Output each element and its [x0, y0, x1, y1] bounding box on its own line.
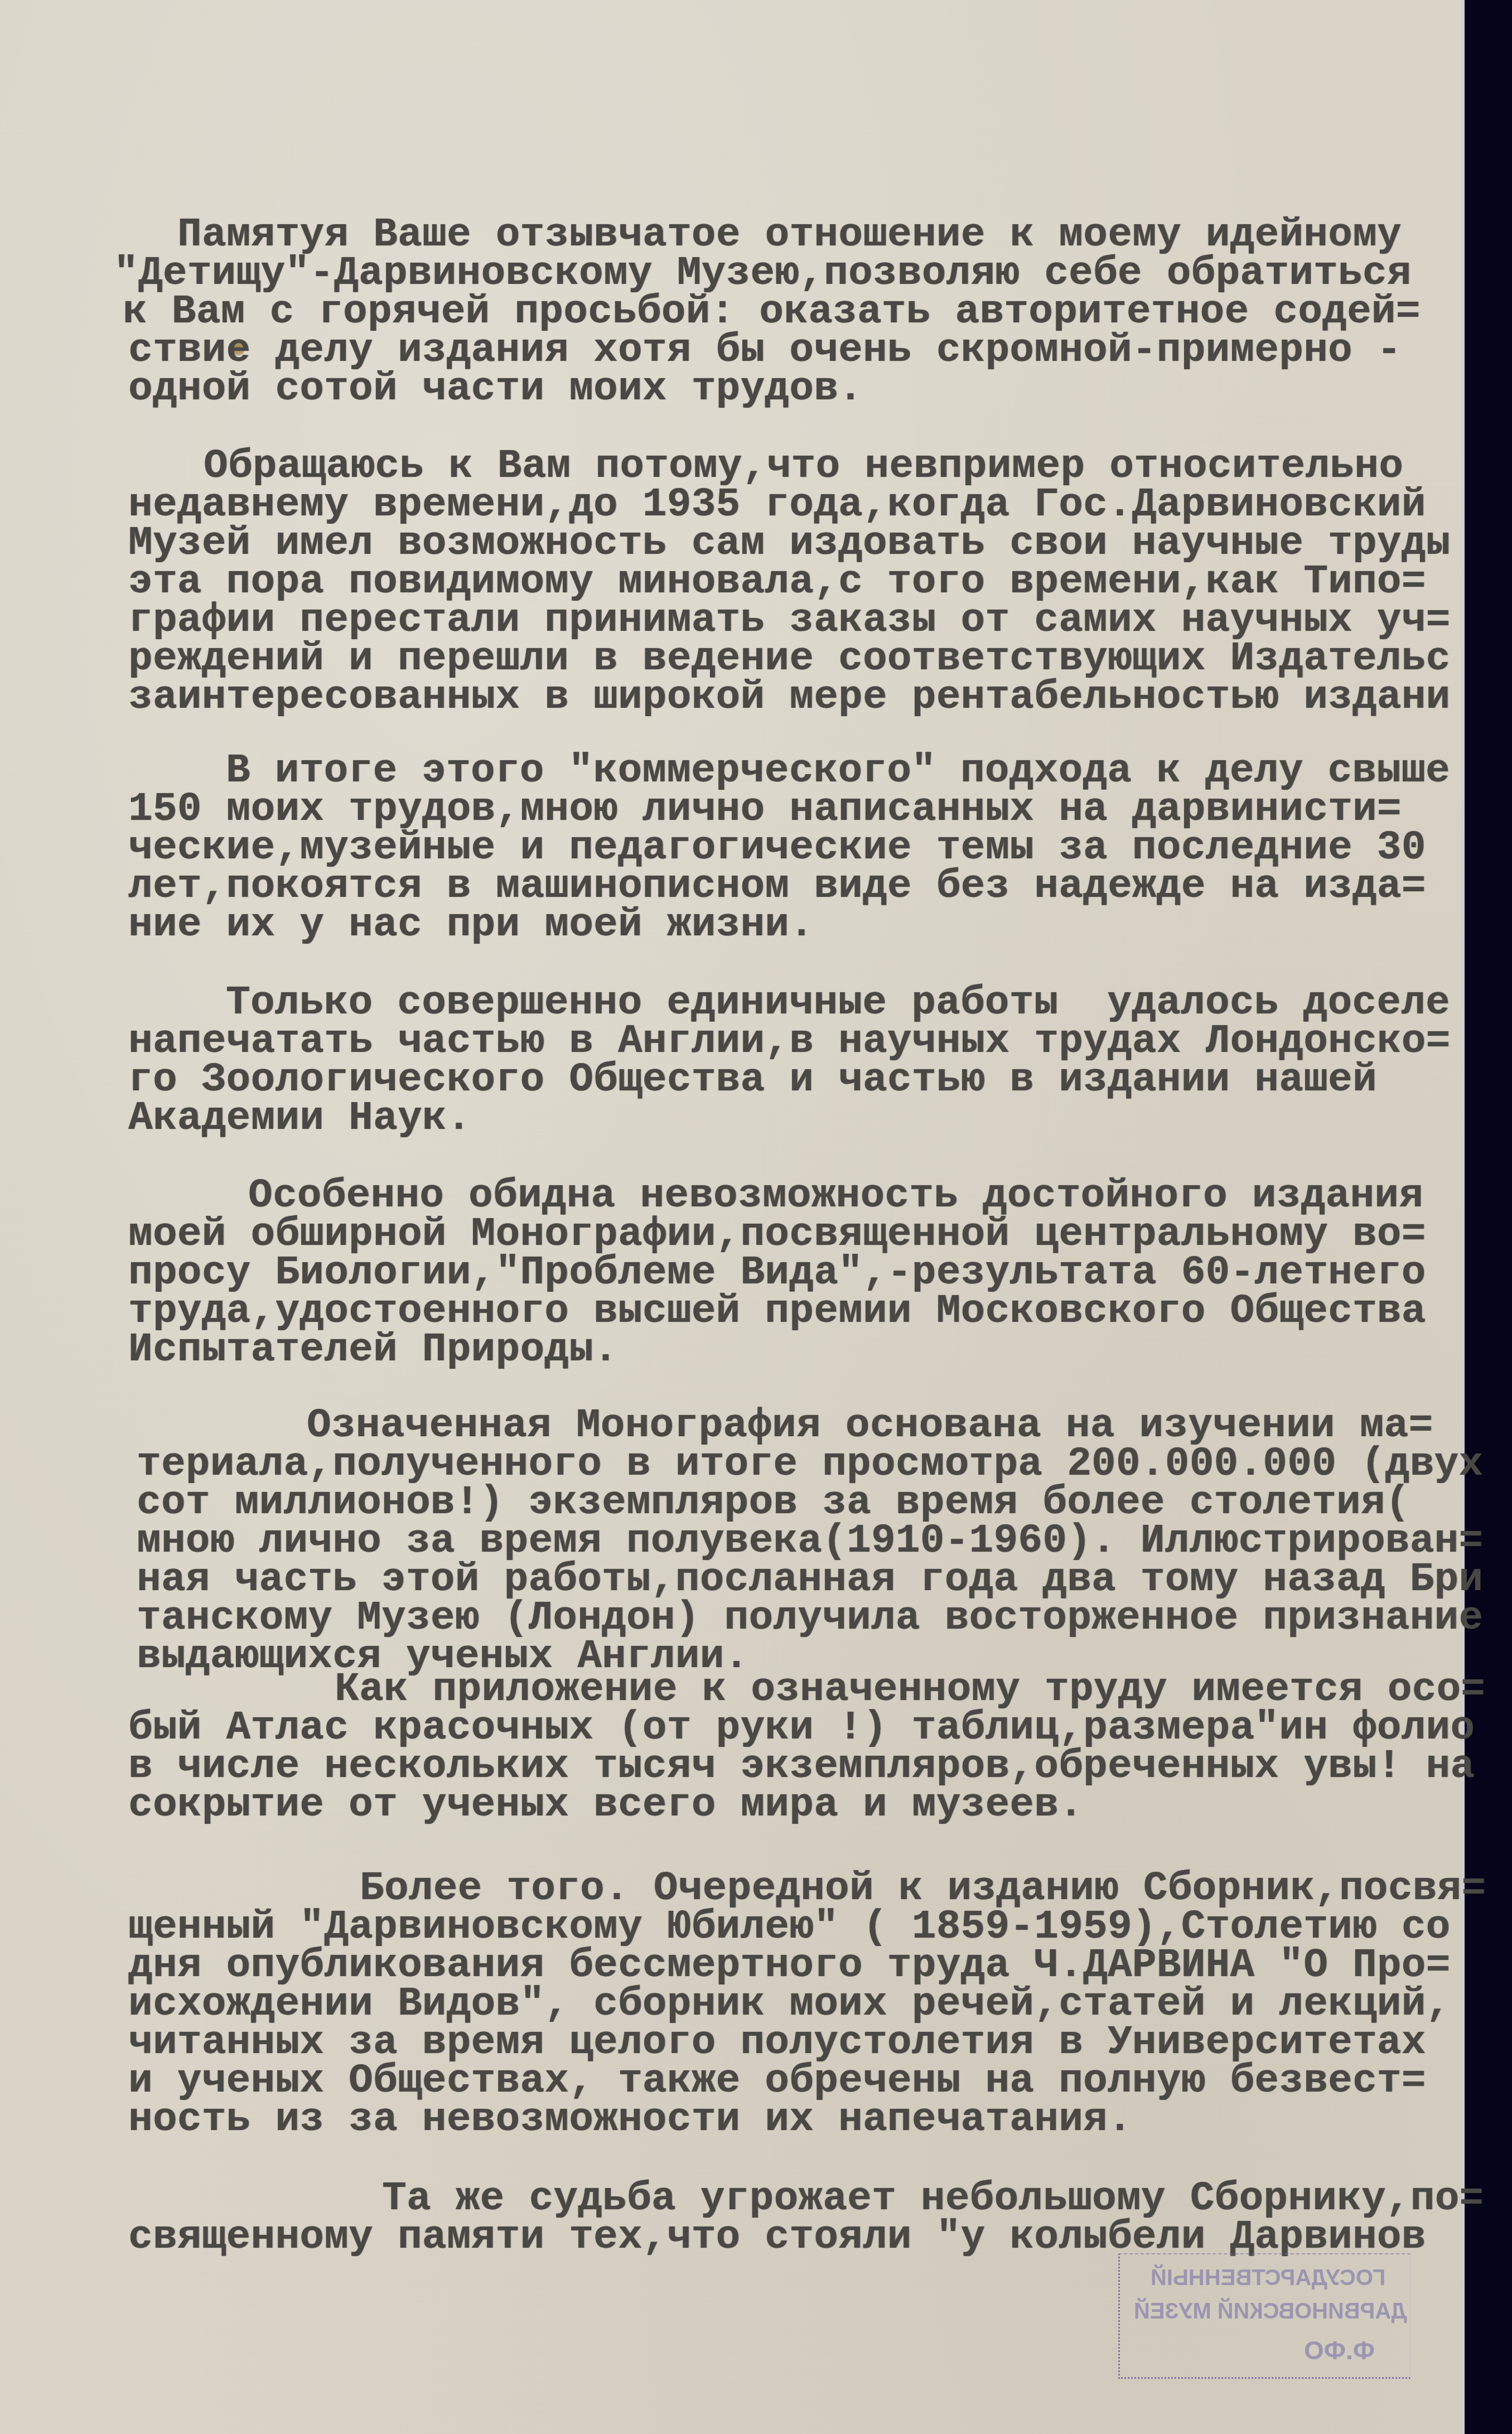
typed-line: ческие,музейные и педагогические темы за…: [128, 828, 1426, 868]
typed-line: го Зоологического Общества и частью в из…: [128, 1060, 1377, 1100]
stamp-text-line: ДАРВИНОВСКИЙ МУЗЕЙ: [1134, 2299, 1407, 2324]
typed-line: моей обширной Монографии,посвященной цен…: [128, 1214, 1426, 1254]
stamp-text-line: ГОСУДАРСТВЕННЫЙ: [1151, 2266, 1385, 2291]
typed-line: в числе нескольких тысяч экземпляров,обр…: [128, 1746, 1475, 1786]
stamp-text-line: Ф.ФО: [1304, 2335, 1375, 2365]
typed-line: просу Биологии,"Проблеме Вида",-результа…: [128, 1253, 1426, 1293]
typed-line: исхождении Видов", сборник моих речей,ст…: [128, 1984, 1451, 2024]
typed-line: Означенная Монография основана на изучен…: [307, 1406, 1433, 1446]
typed-line: одной сотой части моих трудов.: [128, 369, 863, 409]
typed-line: напечатать частью в Англии,в научных тру…: [128, 1021, 1451, 1061]
typed-line: Как приложение к означенному труду имеет…: [335, 1669, 1485, 1709]
typed-line: мною лично за время полувека(1910-1960).…: [137, 1521, 1483, 1561]
typed-line: и ученых Обществах, также обречены на по…: [128, 2061, 1426, 2101]
typed-line: эта пора повидимому миновала,с того врем…: [128, 562, 1426, 602]
typed-line: реждений и перешли в ведение соответству…: [128, 639, 1451, 679]
typed-line: Академии Наук.: [128, 1098, 471, 1138]
typed-line: териала,полученного в итоге просмотра 20…: [137, 1444, 1483, 1484]
typed-line: священному памяти тех,что стояли "у колы…: [128, 2217, 1426, 2257]
typed-line: Обращаюсь к Вам потому,что невпример отн…: [204, 446, 1403, 486]
typed-line: щенный "Дарвиновскому Юбилею" ( 1859-195…: [128, 1907, 1451, 1947]
typed-line: сот миллионов!) экземпляров за время бол…: [137, 1482, 1410, 1523]
typed-line: В итоге этого "коммерческого" подхода к …: [226, 751, 1450, 791]
typed-line: дня опубликования бессмертного труда Ч.Д…: [128, 1945, 1451, 1986]
typed-line: недавнему времени,до 1935 года,когда Гос…: [128, 485, 1426, 525]
typed-line: ность из за невозможности их напечатания…: [128, 2099, 1132, 2140]
archive-stamp: ГОСУДАРСТВЕННЫЙДАРВИНОВСКИЙ МУЗЕЙФ.ФО: [1118, 2253, 1410, 2379]
typed-line: Музей имел возможность сам издовать свои…: [128, 523, 1451, 563]
typed-line: лет,покоятся в машинописном виде без над…: [128, 866, 1426, 906]
typed-line: ная часть этой работы,посланная года два…: [137, 1559, 1483, 1600]
typed-line: бый Атлас красочных (от руки !) таблиц,р…: [128, 1708, 1475, 1748]
typed-line: Более того. Очередной к изданию Сборник,…: [360, 1868, 1486, 1909]
typed-line: Только совершенно единичные работы удало…: [226, 983, 1450, 1023]
typed-line: Памятуя Ваше отзывчатое отношение к моем…: [177, 215, 1402, 255]
paper-edge: [1462, 0, 1465, 2434]
typed-line: "Детищу"-Дарвиновскому Музею,позволяю се…: [114, 253, 1412, 293]
typed-line: ствие делу издания хотя бы очень скромно…: [128, 330, 1402, 370]
typed-line: читанных за время целого полустолетия в …: [128, 2022, 1426, 2063]
typed-line: труда,удостоенного высшей премии Московс…: [128, 1291, 1426, 1331]
typed-line: танскому Музею (Лондон) получила восторж…: [137, 1598, 1483, 1638]
typed-line: сокрытие от ученых всего мира и музеев.: [128, 1785, 1083, 1825]
typed-line: Испытателей Природы.: [128, 1330, 618, 1370]
typed-line: ние их у нас при моей жизни.: [128, 905, 814, 945]
typed-line: Та же судьба угрожает небольшому Сборник…: [382, 2179, 1484, 2219]
typed-letter-body: Памятуя Ваше отзывчатое отношение к моем…: [0, 0, 1462, 2434]
typed-line: к Вам с горячей просьбой: оказать автори…: [123, 292, 1421, 332]
typed-line: заинтересованных в широкой мере рентабел…: [128, 677, 1451, 717]
typed-line: 150 моих трудов,мною лично написанных на…: [128, 789, 1402, 829]
typed-line: Особенно обидна невозможность достойного…: [248, 1176, 1423, 1216]
typed-line: графии перестали принимать заказы от сам…: [128, 600, 1451, 640]
